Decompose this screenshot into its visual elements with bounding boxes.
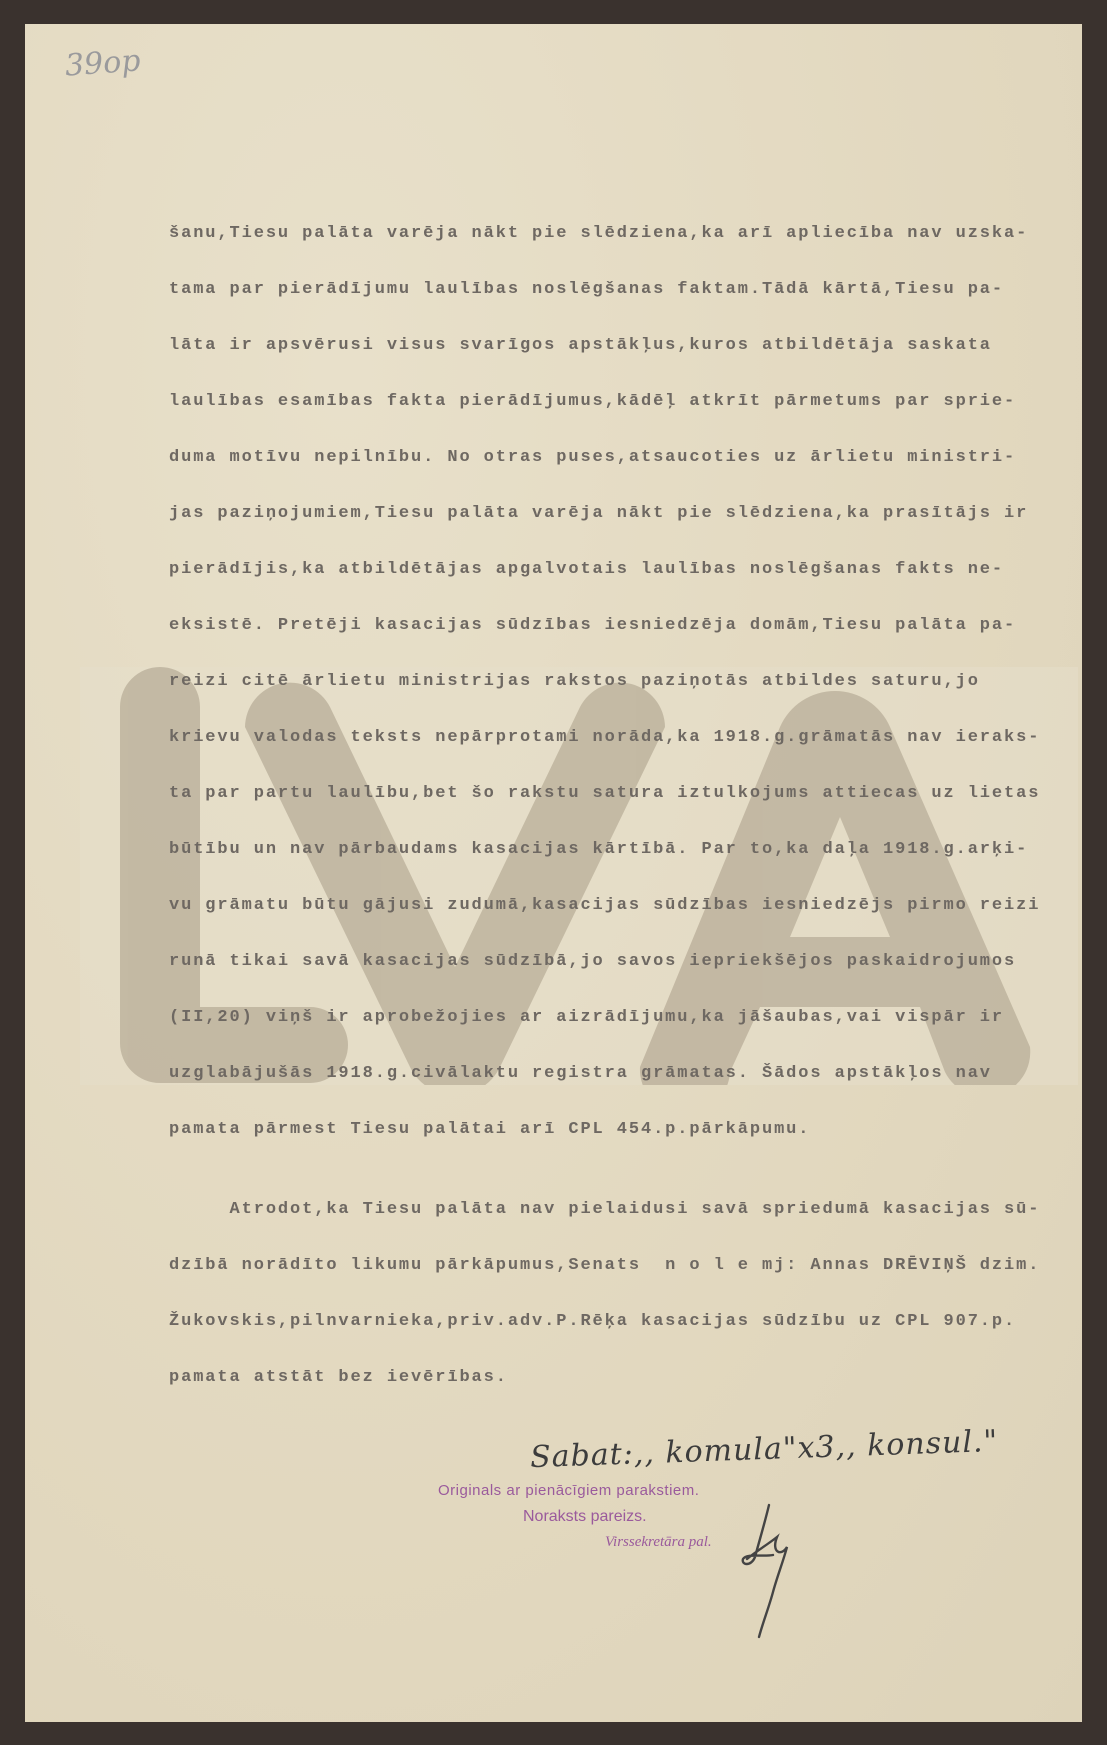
text-line: pamata pārmest Tiesu palātai arī CPL 454…: [169, 1120, 810, 1139]
folio-number: 39op: [64, 43, 142, 83]
stamp-noraksts-line: Noraksts pareizs.: [523, 1508, 647, 1526]
text-line: Žukovskis,pilnvarnieka,priv.adv.P.Rēķa k…: [169, 1312, 1016, 1331]
text-line: jas paziņojumiem,Tiesu palāta varēja nāk…: [169, 504, 1028, 523]
document-page: 39op šanu,Tiesu palāta varēja nākt pie s…: [25, 24, 1082, 1722]
text-line: šanu,Tiesu palāta varēja nākt pie slēdzi…: [169, 224, 1028, 243]
text-line: tama par pierādījumu laulības noslēgšana…: [169, 280, 1004, 299]
text-line: ta par partu laulību,bet šo rakstu satur…: [169, 784, 1040, 803]
text-line: pierādījis,ka atbildētājas apgalvotais l…: [169, 560, 1004, 579]
text-line: laulības esamības fakta pierādījumus,kād…: [169, 392, 1016, 411]
text-line: runā tikai savā kasacijas sūdzībā,jo sav…: [169, 952, 1016, 971]
stamp-originals-line: Originals ar pienācīgiem parakstiem.: [438, 1482, 699, 1499]
text-line: pamata atstāt bez ievērības.: [169, 1368, 508, 1387]
handwritten-annotation: Sabat:,, komula"x3,, konsul.": [530, 1424, 999, 1475]
text-line: vu grāmatu būtu gājusi zudumā,kasacijas …: [169, 896, 1040, 915]
text-line: duma motīvu nepilnību. No otras puses,at…: [169, 448, 1016, 467]
text-line: (II,20) viņš ir aprobežojies ar aizrādīj…: [169, 1008, 1004, 1027]
text-line: uzglabājušās 1918.g.civālaktu registra g…: [169, 1064, 992, 1083]
text-line: lāta ir apsvērusi visus svarīgos apstākļ…: [169, 336, 992, 355]
text-line: Atrodot,ka Tiesu palāta nav pielaidusi s…: [169, 1200, 1040, 1219]
text-line: krievu valodas teksts nepārprotami norād…: [169, 728, 1040, 747]
text-line: būtību un nav pārbaudams kasacijas kārtī…: [169, 840, 1028, 859]
signature-icon: [737, 1497, 797, 1647]
text-line: eksistē. Pretēji kasacijas sūdzības iesn…: [169, 616, 1016, 635]
text-line: dzībā norādīto likumu pārkāpumus,Senats …: [169, 1256, 1040, 1275]
stamp-secretary-line: Virssekretāra pal.: [605, 1534, 712, 1551]
text-line: reizi citē ārlietu ministrijas rakstos p…: [169, 672, 980, 691]
